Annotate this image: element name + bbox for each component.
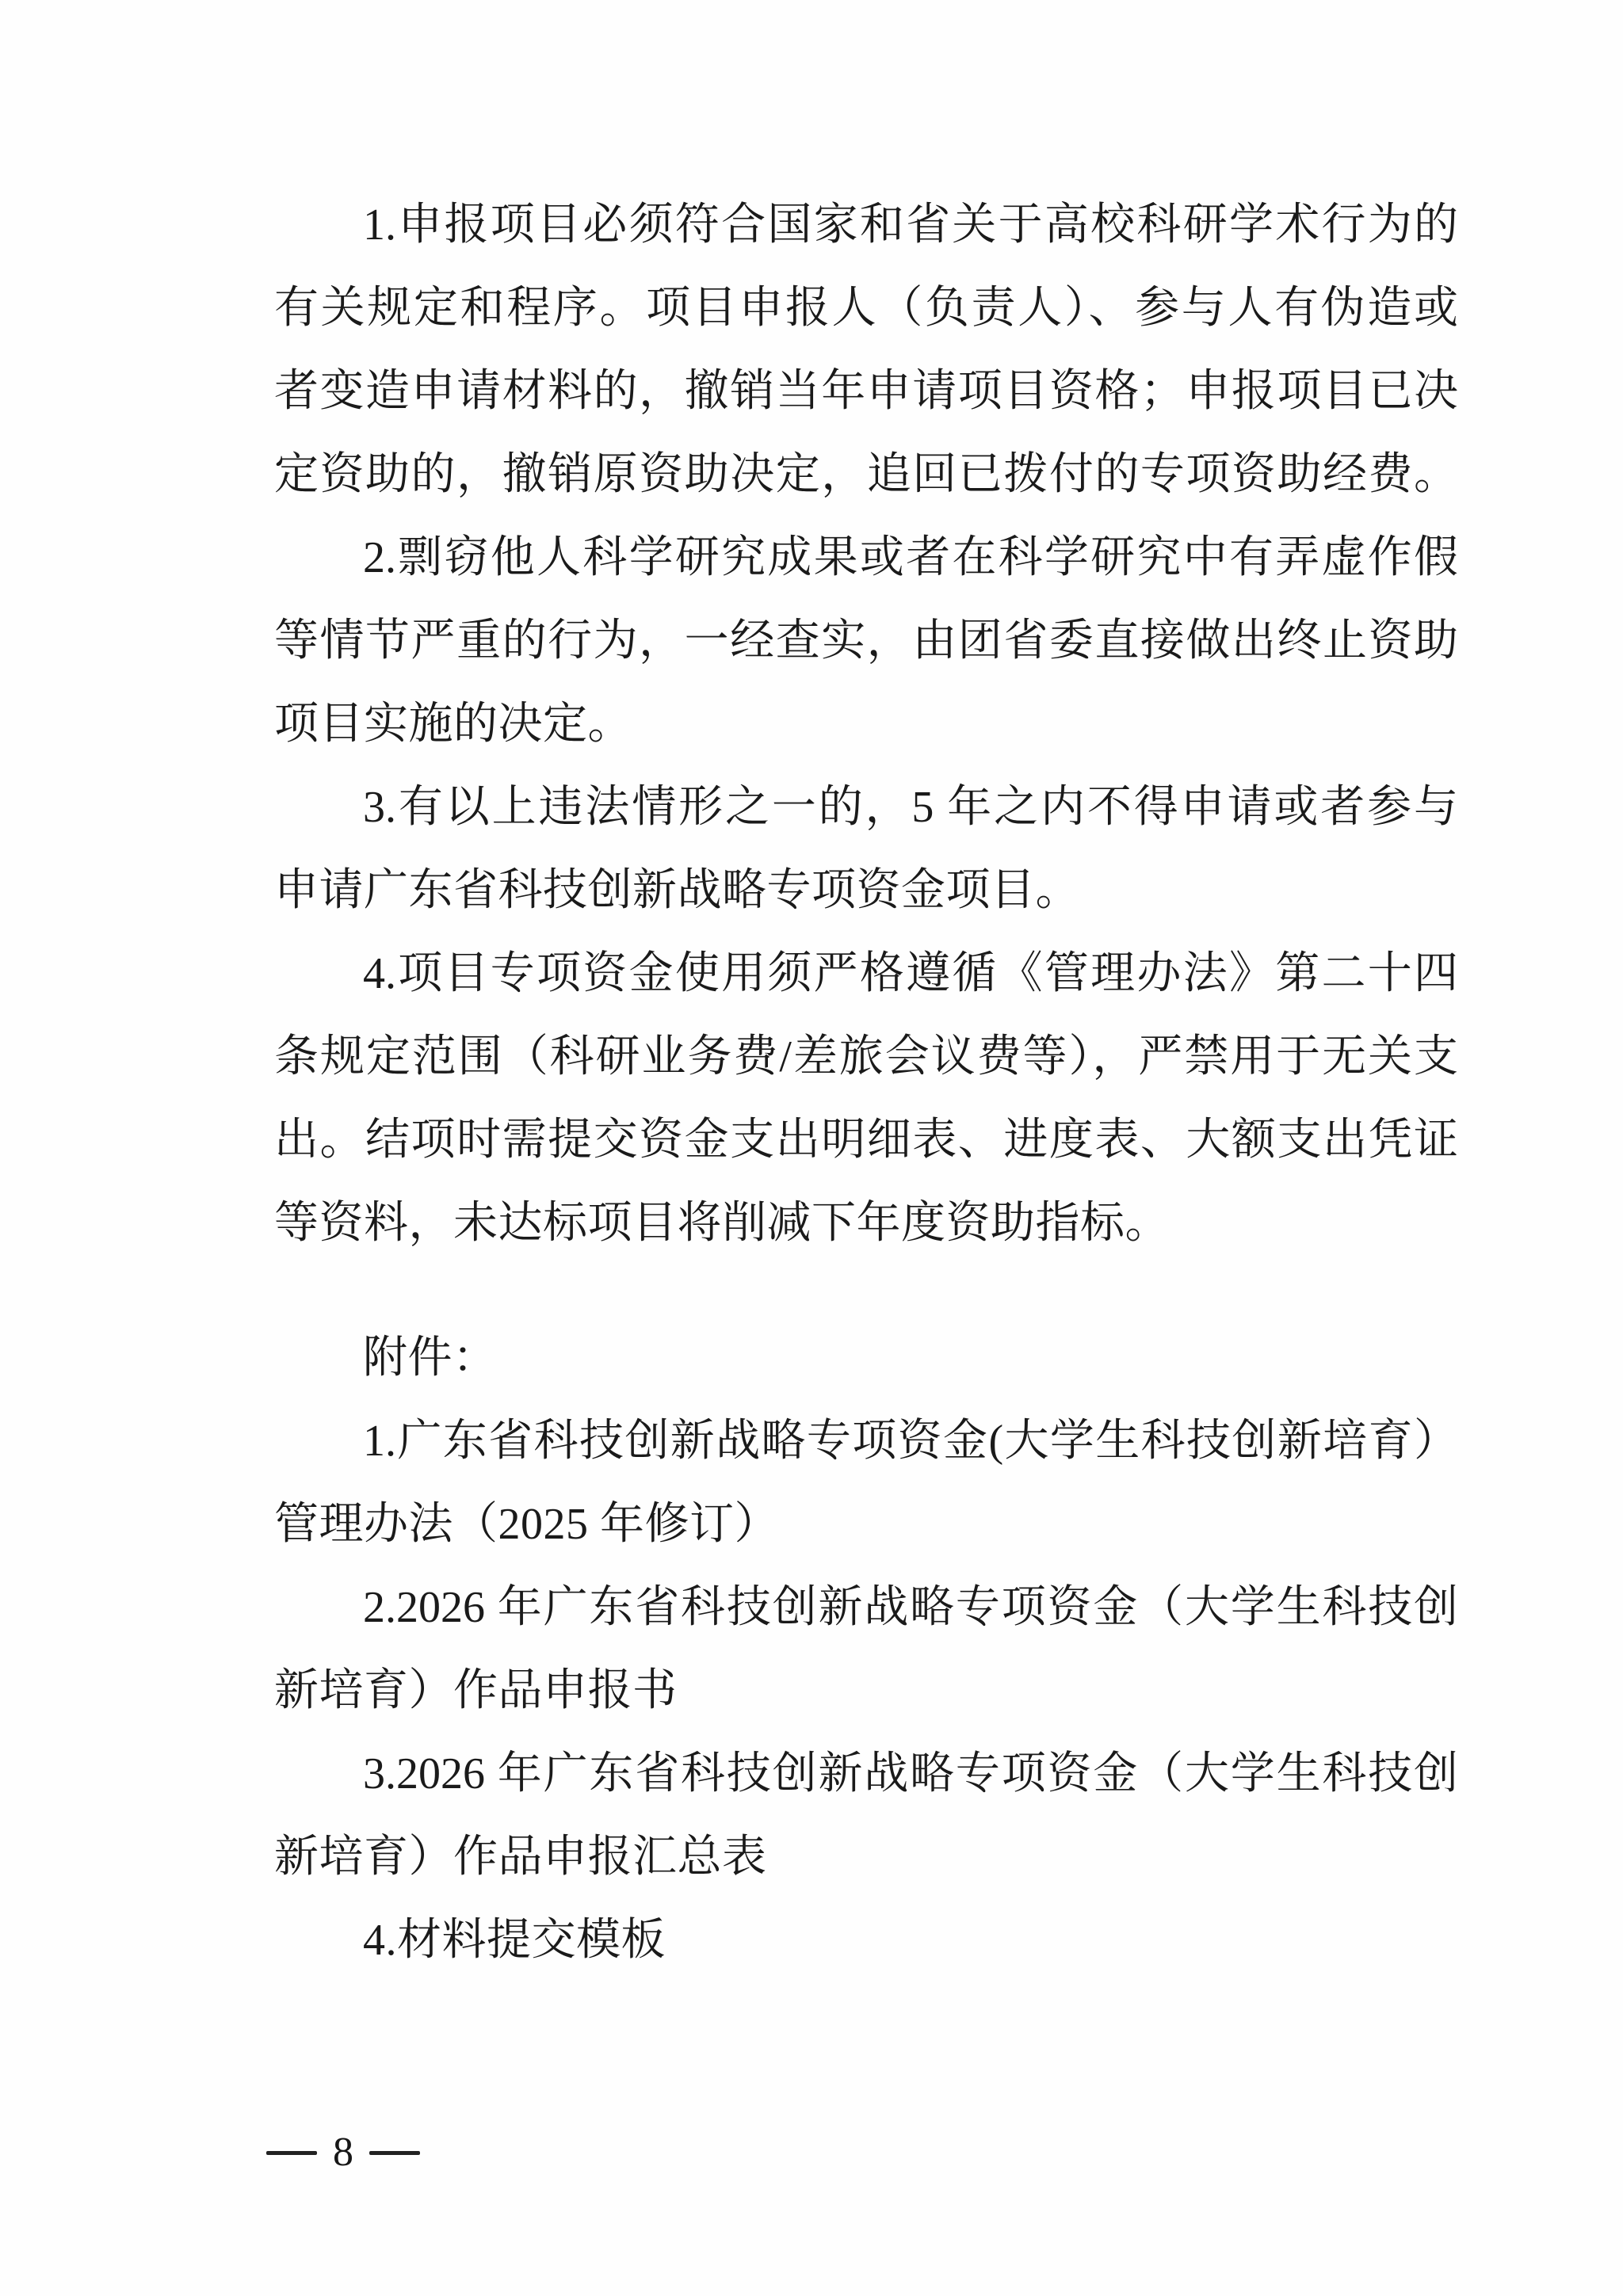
- footer-right-dash: [369, 2151, 420, 2155]
- document-line: 1.申报项目必须符合国家和省关于高校科研学术行为的: [274, 184, 1458, 267]
- document-line: 附件：: [274, 1317, 1458, 1400]
- document-line: 者变造申请材料的，撤销当年申请项目资格；申报项目已决: [274, 350, 1458, 433]
- document-line: 2.剽窃他人科学研究成果或者在科学研究中有弄虚作假: [274, 517, 1458, 600]
- document-line: 有关规定和程序。项目申报人（负责人）、参与人有伪造或: [274, 267, 1458, 350]
- document-body: 1.申报项目必须符合国家和省关于高校科研学术行为的有关规定和程序。项目申报人（负…: [274, 184, 1458, 1982]
- document-line: 定资助的，撤销原资助决定，追回已拨付的专项资助经费。: [274, 433, 1458, 517]
- page-number: 8: [333, 2125, 353, 2180]
- document-line: 等资料，未达标项目将削减下年度资助指标。: [274, 1182, 1458, 1265]
- document-line: 2.2026 年广东省科技创新战略专项资金（大学生科技创: [274, 1566, 1458, 1650]
- document-line: 管理办法（2025 年修订）: [274, 1483, 1458, 1566]
- document-line: 4.项目专项资金使用须严格遵循《管理办法》第二十四: [274, 933, 1458, 1016]
- document-line: 等情节严重的行为，一经查实，由团省委直接做出终止资助: [274, 600, 1458, 683]
- document-line: 1.广东省科技创新战略专项资金(大学生科技创新培育）: [274, 1400, 1458, 1483]
- document-line: 3.2026 年广东省科技创新战略专项资金（大学生科技创: [274, 1733, 1458, 1816]
- document-line: 3.有以上违法情形之一的，5 年之内不得申请或者参与: [274, 766, 1458, 849]
- document-line: 出。结项时需提交资金支出明细表、进度表、大额支出凭证: [274, 1099, 1458, 1182]
- page-footer: 8: [266, 2125, 420, 2180]
- footer-left-dash: [266, 2151, 317, 2155]
- document-line: 项目实施的决定。: [274, 683, 1458, 766]
- document-line: 新培育）作品申报汇总表: [274, 1816, 1458, 1899]
- document-line: 条规定范围（科研业务费/差旅会议费等），严禁用于无关支: [274, 1016, 1458, 1099]
- blank-line: [274, 1265, 1458, 1317]
- document-line: 4.材料提交模板: [274, 1899, 1458, 1982]
- document-line: 申请广东省科技创新战略专项资金项目。: [274, 849, 1458, 933]
- scanned-document-page: 1.申报项目必须符合国家和省关于高校科研学术行为的有关规定和程序。项目申报人（负…: [0, 0, 1623, 2296]
- document-line: 新培育）作品申报书: [274, 1650, 1458, 1733]
